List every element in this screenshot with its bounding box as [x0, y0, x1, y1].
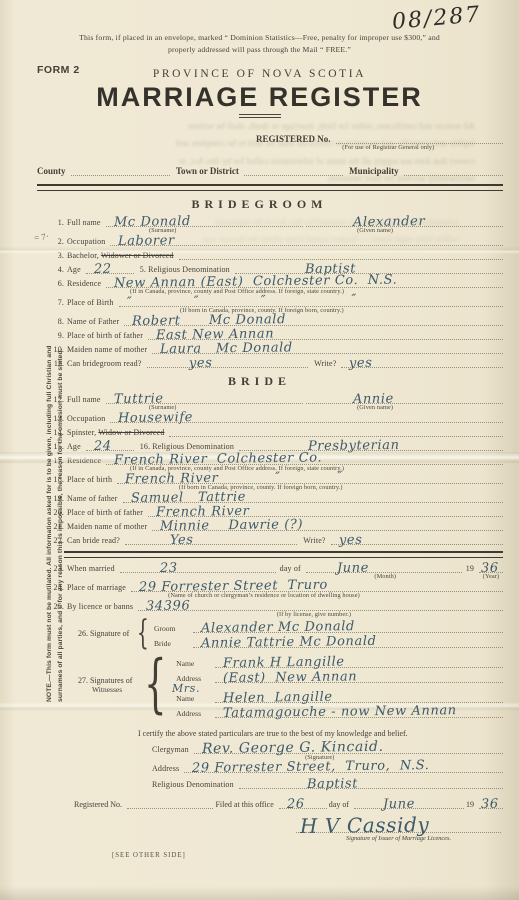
field-label: Name of father [67, 494, 120, 503]
witness2-name-row: Mrs. Name Helen Langille [176, 691, 503, 703]
read-line: yes [147, 356, 309, 368]
field-label: Occupation [67, 237, 107, 246]
field-line: Housewife [110, 411, 503, 423]
witness-signature-lines: Name Frank H Langille Address (East) New… [176, 653, 503, 718]
field-groom-father-birthplace: 9. Place of birth of father East New Ann… [48, 328, 503, 340]
field-line: French River ″ ″ (If born in Canada, pro… [117, 472, 503, 484]
handwritten-witness2-address: Tatamagouche - now New Annan [223, 704, 457, 720]
field-label: Can bridegroom read? [67, 359, 144, 368]
filed-month-line: June [354, 797, 464, 809]
month-sublabel: (Month) [374, 573, 396, 580]
handwritten-filed-month: June [382, 797, 414, 810]
handwritten-read-answer: yes [188, 357, 212, 370]
field-groom-mother: 10. Maiden name of mother Laura Mc Donal… [48, 342, 503, 354]
bride-signature-line: Annie Tattrie Mc Donald [193, 636, 503, 648]
municipality-label: Municipality [349, 166, 401, 176]
bride-signature-row: Bride Annie Tattrie Mc Donald [154, 636, 503, 648]
groom-signature-line: Alexander Mc Donald [193, 621, 503, 633]
name-label: Mrs. Name [176, 694, 212, 703]
field-bride-age-religion: 15. Age 24 16. Religious Denomination Pr… [48, 439, 503, 451]
handwritten-witness2-name: Helen Langille [223, 690, 333, 704]
field-line: Laura Mc Donald [152, 342, 503, 354]
handwritten-father-name: Samuel Tattrie [130, 491, 245, 505]
issuer-signature-line: H V Cassidy [296, 817, 501, 833]
field-label: Age [67, 442, 83, 451]
field-label: Signatures of [90, 676, 132, 685]
handwritten-mrs-note: Mrs. [172, 682, 200, 693]
handwritten-witness1-name: Frank H Langille [223, 655, 345, 669]
handwritten-groom-signature: Alexander Mc Donald [201, 621, 355, 636]
field-bride-father-birthplace: 20. Place of birth of father French Rive… [48, 505, 503, 517]
day-of-label: day of [327, 800, 351, 809]
field-number: 5. [140, 265, 148, 274]
witness2-address-row: Address Tatamagouche - now New Annan [176, 706, 503, 718]
field-label: Place of birth of father [67, 331, 145, 340]
bride-fields: 12. Full name Tuttrie (Surname) Annie (G… [48, 392, 503, 545]
field-line [169, 425, 503, 437]
filed-year-line: 36 [479, 797, 503, 809]
municipality-line [404, 164, 503, 176]
registered-no-label: REGISTERED No. [256, 134, 333, 144]
field-number: 27. [78, 676, 88, 685]
given-name-line: Annie (Given name) [306, 392, 503, 404]
day-line: 23 [120, 561, 276, 573]
witness1-address-row: Address (East) New Annan [176, 671, 503, 683]
given-name-sublabel: (Given name) [357, 404, 393, 411]
title-flourish [239, 114, 281, 118]
field-bride-marital-status: 14. Spinster, Widow or Divorced [48, 425, 503, 437]
clergyman-line: Rev. George G. Kincaid. (Signature) [194, 742, 503, 754]
brace-glyph: { [137, 618, 149, 649]
couple-signature-lines: Groom Alexander Mc Donald Bride Annie Ta… [154, 618, 503, 648]
registered-filed-row: Registered No. Filed at this office 26 d… [72, 797, 503, 809]
field-licence-or-banns: 25. By licence or banns 34396 (If by lic… [48, 599, 503, 611]
field-label: Maiden name of mother [67, 345, 149, 354]
bride-section-title: BRIDE [0, 374, 519, 389]
field-line: East New Annan [148, 328, 503, 340]
field-label: Place of birth [67, 475, 114, 484]
field-label: Occupation [67, 414, 107, 423]
field-label: Bachelor, [67, 251, 101, 260]
field-line: ″ ″ ″ ″ (If born in Canada, province, co… [119, 295, 503, 307]
certification-fields: Clergyman Rev. George G. Kincaid. (Signa… [152, 742, 503, 789]
handwritten-value: Laborer [118, 234, 175, 248]
town-line [244, 164, 343, 176]
field-number: 2. [48, 237, 67, 246]
field-label: Place of marriage [67, 583, 128, 592]
field-groom-full-name: 1. Full name Mc Donald (Surname) Alexand… [48, 215, 503, 227]
field-groom-father: 8. Name of Father Robert Mc Donald [48, 314, 503, 326]
address-line: 29 Forrester Street, Truro, N.S. [184, 761, 503, 773]
witness1-name-line: Frank H Langille [215, 656, 503, 668]
surname-line: Mc Donald (Surname) [106, 215, 303, 227]
handwritten-clergyman-signature: Rev. George G. Kincaid. [202, 739, 384, 755]
groom-label: Groom [154, 624, 190, 633]
field-label: Maiden name of mother [67, 522, 149, 531]
field-number: 3. [48, 251, 67, 260]
filed-day-line: 26 [279, 797, 327, 809]
write-line: yes [331, 533, 503, 545]
field-number: 4. [48, 265, 67, 274]
field-line: French River [148, 505, 503, 517]
field-label: Spinster, [67, 428, 98, 437]
field-label: Religious Denomination [148, 265, 232, 274]
registered-no-line [127, 797, 213, 809]
document-title: MARRIAGE REGISTER [0, 82, 519, 113]
section-rule [64, 551, 503, 558]
handwritten-file-number: 08/287 [391, 2, 482, 35]
field-label: Residence [67, 456, 103, 465]
bridegroom-section-title: BRIDEGROOM [0, 197, 519, 212]
field-label: Place of Birth [67, 298, 116, 307]
field-sublabel: (Name of church or clergyman’s residence… [168, 592, 360, 599]
see-other-side-note: [SEE OTHER SIDE] [112, 852, 519, 859]
pencil-mark: = 7· [33, 231, 49, 243]
handwritten-age: 22 [94, 263, 112, 276]
year-sublabel: (Year) [479, 573, 503, 580]
write-label: Write? [314, 359, 338, 368]
given-name-line: Alexander (Given name) [306, 215, 503, 227]
field-bride-mother: 21. Maiden name of mother Minnie Dawrie … [48, 519, 503, 531]
surname-line: Tuttrie (Surname) [106, 392, 303, 404]
field-label: Religious Denomination [152, 442, 236, 451]
field-label: Full name [67, 395, 103, 404]
handwritten-mother-name: Laura Mc Donald [160, 341, 293, 356]
handwritten-denomination: Baptist [307, 777, 358, 791]
field-line: French River Colchester Co. (If in Canad… [106, 453, 503, 465]
groom-signature-row: Groom Alexander Mc Donald [154, 621, 503, 633]
county-line [71, 164, 170, 176]
handwritten-value: French River [156, 505, 250, 519]
field-label: Age [67, 265, 83, 274]
locality-row: County Town or District Municipality [37, 164, 503, 176]
field-number: 26. [78, 629, 88, 638]
field-when-married: 23. When married 23 day of June (Month) … [48, 561, 503, 573]
witness2-address-line: Tatamagouche - now New Annan [215, 706, 503, 718]
form-number-label: FORM 2 [37, 64, 80, 76]
field-line: 29 Forrester Street Truro (Name of churc… [131, 580, 503, 592]
field-line [179, 248, 503, 260]
field-place-of-marriage: 24. Place of marriage 29 Forrester Stree… [48, 580, 503, 592]
handwritten-witness1-address: (East) New Annan [223, 670, 357, 685]
day-of-label: day of [280, 564, 303, 573]
witness-signatures-group: 27. Signatures of Witnesses { Name Frank… [78, 653, 503, 718]
field-label: By licence or banns [67, 602, 135, 611]
field-line: New Annan (East) Colchester Co. N.S. (If… [106, 276, 503, 288]
witness2-name-line: Helen Langille [215, 691, 503, 703]
handwritten-filed-year: 36 [481, 797, 499, 810]
registered-no-label: Registered No. [72, 800, 124, 809]
margin-note-vertical: NOTE.—This form must not be mutilated. A… [44, 278, 66, 702]
address-label: Address [176, 709, 212, 718]
denomination-label: Religious Denomination [152, 780, 236, 789]
marriage-fields: 23. When married 23 day of June (Month) … [48, 561, 503, 718]
handwritten-address: 29 Forrester Street, Truro, N.S. [192, 759, 430, 775]
registered-no-row: REGISTERED No. (For use of Registrar Gen… [256, 132, 503, 144]
witness1-name-row: Name Frank H Langille [176, 656, 503, 668]
field-groom-residence: 6. Residence New Annan (East) Colchester… [48, 276, 503, 288]
handwritten-mother-name: Minnie Dawrie (?) [160, 518, 303, 533]
field-clergyman-address: Address 29 Forrester Street, Truro, N.S. [152, 761, 503, 773]
field-number: 1. [48, 218, 67, 227]
field-line: 34396 (If by license, give number.) [138, 599, 503, 611]
field-label: Name of Father [67, 317, 121, 326]
handwritten-value: Housewife [118, 411, 193, 425]
field-clergyman-denomination: Religious Denomination Baptist [152, 777, 503, 789]
name-label: Name [176, 659, 212, 668]
registrar-note: (For use of Registrar General only) [342, 144, 434, 151]
field-line: Samuel Tattrie [123, 491, 503, 503]
age-line: 24 [86, 439, 134, 451]
field-label-struck: Widow or Divorced [98, 428, 166, 437]
write-label: Write? [303, 536, 327, 545]
signature-of-label: 26. Signature of [78, 629, 132, 638]
year-prefix: 19 [466, 564, 476, 573]
handwritten-write-answer: yes [338, 534, 362, 547]
field-groom-age-religion: 4. Age 22 5. Religious Denomination Bapt… [48, 262, 503, 274]
read-line: Yes [125, 533, 297, 545]
witnesses-label: 27. Signatures of Witnesses [78, 676, 135, 694]
address-label: Address [152, 764, 181, 773]
field-line: Laborer [110, 234, 503, 246]
bridegroom-fields: 1. Full name Mc Donald (Surname) Alexand… [48, 215, 503, 368]
field-line: Robert Mc Donald [124, 314, 503, 326]
field-label: Witnesses [78, 685, 132, 694]
field-groom-literacy: 11. Can bridegroom read? yes Write? yes [48, 356, 503, 368]
margin-note-line: NOTE.—This form must not be mutilated. A… [44, 278, 55, 702]
field-label: Place of birth of father [67, 508, 145, 517]
field-clergyman: Clergyman Rev. George G. Kincaid. (Signa… [152, 742, 503, 754]
field-sublabel: (If by license, give number.) [277, 611, 351, 618]
field-label: Residence [67, 279, 103, 288]
year-prefix: 19 [464, 800, 476, 809]
field-groom-birthplace: 7. Place of Birth ″ ″ ″ ″ (If born in Ca… [48, 295, 503, 307]
notice-line: properly addressed will pass through the… [50, 44, 470, 56]
handwritten-write-answer: yes [349, 357, 373, 370]
field-label-struck: Widower or Divorced [101, 251, 176, 260]
bleedthrough-text: All notices and certificates, either for… [88, 118, 475, 188]
town-label: Town or District [176, 166, 241, 176]
year-line: 36 (Year) [479, 561, 503, 573]
age-line: 22 [86, 262, 134, 274]
field-label: Signature of [90, 629, 129, 638]
certification-statement: I certify the above stated particulars a… [138, 729, 503, 738]
field-bride-birthplace: 18. Place of birth French River ″ ″ (If … [48, 472, 503, 484]
field-bride-residence: 17. Residence French River Colchester Co… [48, 453, 503, 465]
marriage-register-document: All notices and certificates, either for… [0, 0, 519, 900]
field-label: Full name [67, 218, 103, 227]
county-label: County [37, 166, 68, 176]
witness1-address-line: (East) New Annan [215, 671, 503, 683]
denomination-line: Baptist [239, 777, 503, 789]
field-bride-full-name: 12. Full name Tuttrie (Surname) Annie (G… [48, 392, 503, 404]
field-bride-literacy: 22. Can bride read? Yes Write? yes [48, 533, 503, 545]
field-line: Minnie Dawrie (?) [152, 519, 503, 531]
handwritten-filed-day: 26 [287, 797, 305, 810]
margin-note-line: surnames of all parties, and if for any … [55, 278, 66, 702]
handwritten-bride-signature: Annie Tattrie Mc Donald [201, 635, 377, 650]
notice-line: This form, if placed in an envelope, mar… [50, 32, 470, 44]
registered-no-line: (For use of Registrar General only) [336, 132, 503, 144]
couple-signatures-group: 26. Signature of { Groom Alexander Mc Do… [78, 618, 503, 649]
paper-edge-shadow [0, 886, 519, 900]
handwritten-month: June [337, 562, 369, 575]
handwritten-day: 23 [160, 562, 178, 575]
religion-line: Presbyterian [239, 439, 503, 451]
handwritten-age: 24 [94, 440, 112, 453]
field-number: 16. [140, 442, 152, 451]
brace-glyph: { [145, 656, 167, 714]
handwritten-issuer-signature: H V Cassidy [300, 814, 430, 836]
field-groom-marital-status: 3. Bachelor, Widower or Divorced [48, 248, 503, 260]
given-name-sublabel: (Given name) [357, 227, 393, 234]
field-bride-occupation: 13. Occupation Housewife [48, 411, 503, 423]
handwritten-licence-number: 34396 [146, 600, 191, 614]
filed-label: Filed at this office [213, 800, 275, 809]
handwritten-read-answer: Yes [170, 534, 194, 547]
field-groom-occupation: 2. Occupation Laborer [48, 234, 503, 246]
section-rule [37, 184, 503, 191]
clergyman-label: Clergyman [152, 745, 191, 754]
write-line: yes [341, 356, 503, 368]
mailing-notice: This form, if placed in an envelope, mar… [50, 32, 470, 55]
field-label: Can bride read? [67, 536, 122, 545]
field-label: When married [67, 564, 117, 573]
month-line: June (Month) [306, 561, 462, 573]
field-bride-father: 19. Name of father Samuel Tattrie [48, 491, 503, 503]
name-label-text: Name [176, 694, 194, 703]
